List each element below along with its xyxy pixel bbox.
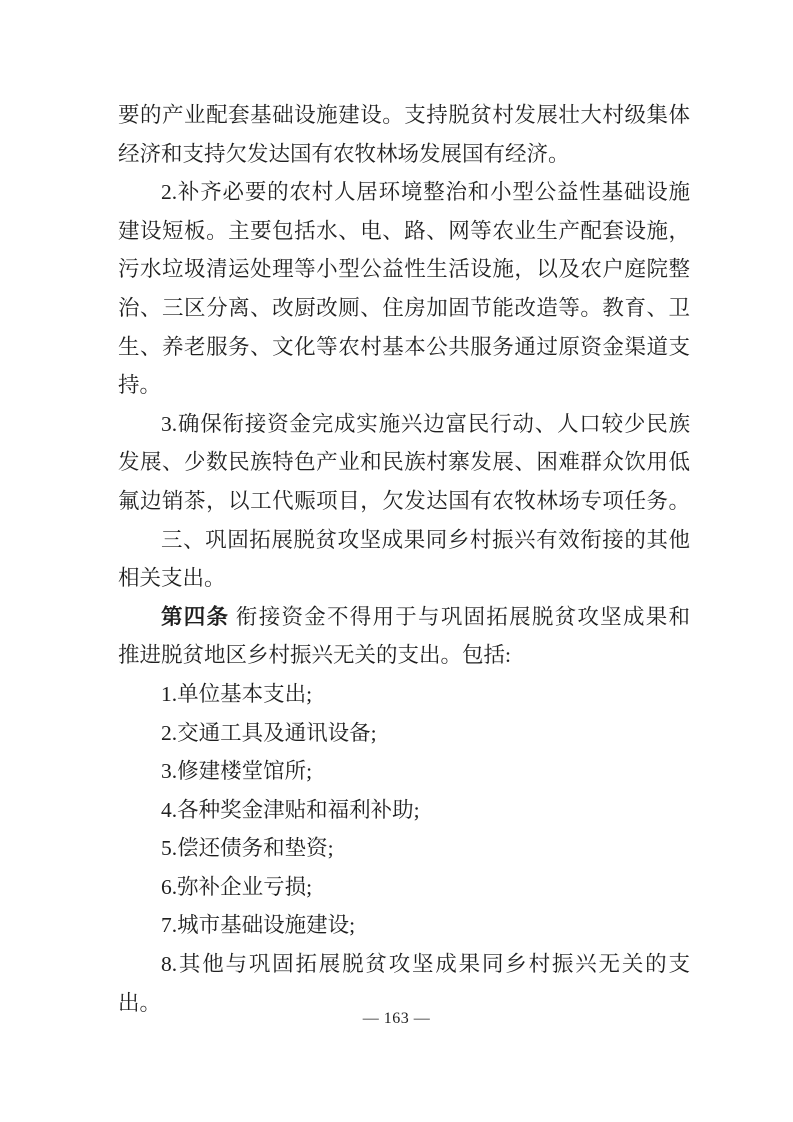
- text-segment: 经济和支持欠发达国有农牧林场发展国有经济。: [118, 142, 570, 166]
- text-segment: 要的产业配套基础设施建设。支持脱贫村发展壮大村级集体: [118, 103, 690, 127]
- text-line: 第四条 衔接资金不得用于与巩固拓展脱贫攻坚成果和: [118, 598, 690, 637]
- text-segment: 相关支出。: [118, 566, 226, 590]
- document-lines: 要的产业配套基础设施建设。支持脱贫村发展壮大村级集体经济和支持欠发达国有农牧林场…: [118, 96, 690, 1022]
- text-segment: 治、三区分离、改厨改厕、住房加固节能改造等。教育、卫: [118, 296, 690, 320]
- text-line: 三、巩固拓展脱贫攻坚成果同乡村振兴有效衔接的其他: [118, 521, 690, 560]
- text-segment: 三、巩固拓展脱贫攻坚成果同乡村振兴有效衔接的其他: [161, 528, 690, 552]
- page-number: — 163 —: [0, 1010, 793, 1028]
- text-segment: 2.交通工具及通讯设备;: [161, 721, 377, 745]
- text-segment: 生、养老服务、文化等农村基本公共服务通过原资金渠道支: [118, 335, 690, 359]
- text-line: 生、养老服务、文化等农村基本公共服务通过原资金渠道支: [118, 328, 690, 367]
- article-number-bold: 第四条: [161, 605, 229, 629]
- text-line: 要的产业配套基础设施建设。支持脱贫村发展壮大村级集体: [118, 96, 690, 135]
- text-line: 7.城市基础设施建设;: [118, 906, 690, 945]
- text-line: 污水垃圾清运处理等小型公益性生活设施，以及农户庭院整: [118, 250, 690, 289]
- text-segment: 3.修建楼堂馆所;: [161, 759, 312, 783]
- text-segment: 1.单位基本支出;: [161, 682, 312, 706]
- text-segment: 4.各种奖金津贴和福利补助;: [161, 798, 420, 822]
- text-line: 经济和支持欠发达国有农牧林场发展国有经济。: [118, 135, 690, 174]
- text-segment: 推进脱贫地区乡村振兴无关的支出。包括:: [118, 643, 511, 667]
- text-segment: 衔接资金不得用于与巩固拓展脱贫攻坚成果和: [229, 605, 690, 629]
- text-segment: 持。: [118, 373, 161, 397]
- text-line: 6.弥补企业亏损;: [118, 868, 690, 907]
- text-line: 发展、少数民族特色产业和民族村寨发展、困难群众饮用低: [118, 443, 690, 482]
- text-line: 推进脱贫地区乡村振兴无关的支出。包括:: [118, 636, 690, 675]
- text-segment: 6.弥补企业亏损;: [161, 875, 312, 899]
- text-line: 建设短板。主要包括水、电、路、网等农业生产配套设施，: [118, 212, 690, 251]
- text-segment: 3.确保衔接资金完成实施兴边富民行动、人口较少民族: [161, 412, 690, 436]
- text-segment: 污水垃圾清运处理等小型公益性生活设施，以及农户庭院整: [118, 257, 690, 281]
- text-line: 3.确保衔接资金完成实施兴边富民行动、人口较少民族: [118, 405, 690, 444]
- text-line: 2.补齐必要的农村人居环境整治和小型公益性基础设施: [118, 173, 690, 212]
- text-segment: 建设短板。主要包括水、电、路、网等农业生产配套设施，: [118, 219, 690, 243]
- text-segment: 2.补齐必要的农村人居环境整治和小型公益性基础设施: [161, 180, 690, 204]
- text-line: 相关支出。: [118, 559, 690, 598]
- text-line: 持。: [118, 366, 690, 405]
- text-line: 4.各种奖金津贴和福利补助;: [118, 791, 690, 830]
- text-line: 2.交通工具及通讯设备;: [118, 714, 690, 753]
- document-page: 要的产业配套基础设施建设。支持脱贫村发展壮大村级集体经济和支持欠发达国有农牧林场…: [0, 0, 793, 1122]
- text-segment: 发展、少数民族特色产业和民族村寨发展、困难群众饮用低: [118, 450, 690, 474]
- text-segment: 氟边销茶，以工代赈项目，欠发达国有农牧林场专项任务。: [118, 489, 690, 513]
- text-segment: 5.偿还债务和垫资;: [161, 836, 334, 860]
- text-segment: 7.城市基础设施建设;: [161, 913, 355, 937]
- text-segment: 8.其他与巩固拓展脱贫攻坚成果同乡村振兴无关的支: [161, 952, 690, 976]
- text-line: 氟边销茶，以工代赈项目，欠发达国有农牧林场专项任务。: [118, 482, 690, 521]
- text-line: 5.偿还债务和垫资;: [118, 829, 690, 868]
- text-line: 3.修建楼堂馆所;: [118, 752, 690, 791]
- text-line: 8.其他与巩固拓展脱贫攻坚成果同乡村振兴无关的支: [118, 945, 690, 984]
- text-line: 治、三区分离、改厨改厕、住房加固节能改造等。教育、卫: [118, 289, 690, 328]
- text-line: 1.单位基本支出;: [118, 675, 690, 714]
